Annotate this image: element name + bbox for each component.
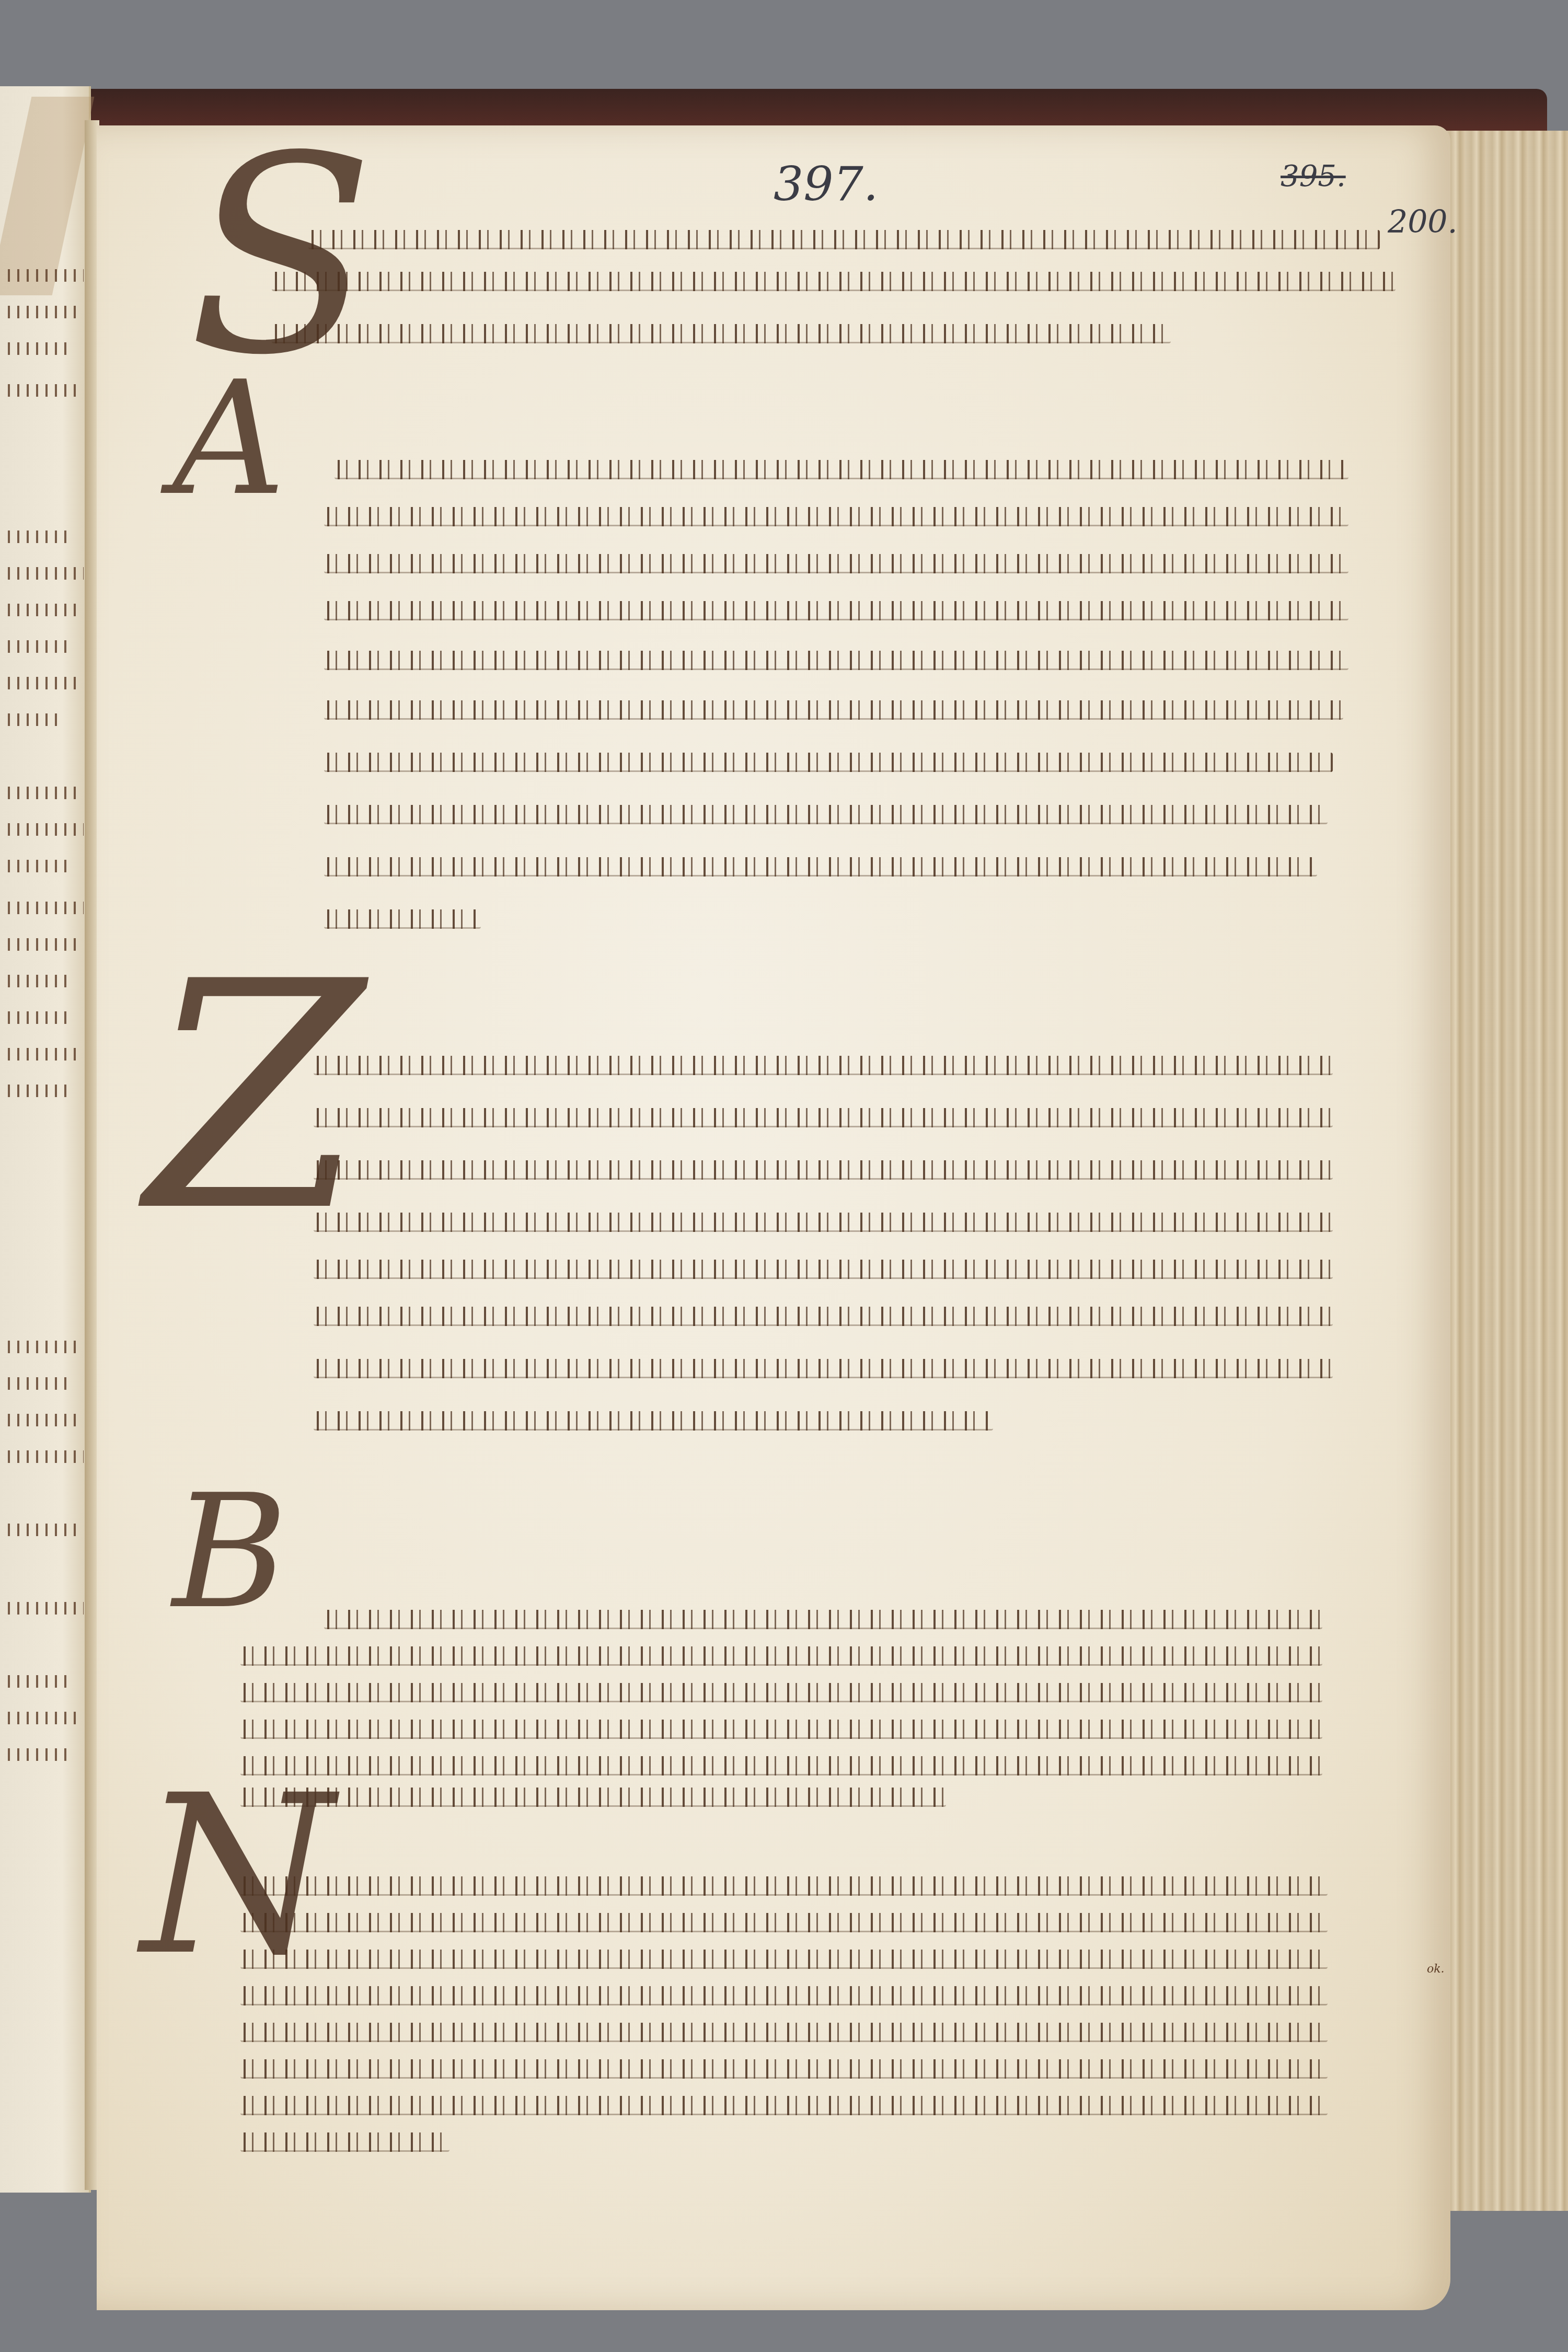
old-folio-number: 395. bbox=[1281, 159, 1346, 193]
decorated-initial: Z bbox=[146, 941, 364, 1254]
handwritten-line bbox=[240, 1646, 1322, 1666]
handwritten-line bbox=[324, 700, 1343, 720]
left-page-line bbox=[5, 677, 78, 689]
modern-folio-number: 200. bbox=[1388, 204, 1458, 240]
handwritten-line bbox=[240, 1913, 1328, 1932]
handwritten-line bbox=[324, 601, 1348, 620]
handwritten-line bbox=[240, 1788, 946, 1807]
left-page-line bbox=[5, 342, 68, 355]
left-page-line bbox=[5, 269, 84, 282]
left-page-line bbox=[5, 640, 68, 653]
left-facing-page bbox=[0, 86, 91, 2193]
left-page-line bbox=[5, 1450, 84, 1463]
handwritten-line bbox=[324, 507, 1348, 526]
left-page-line bbox=[5, 604, 78, 616]
handwritten-line bbox=[324, 753, 1333, 772]
handwritten-line bbox=[308, 230, 1380, 249]
handwritten-line bbox=[314, 1260, 1333, 1279]
handwritten-line bbox=[314, 1411, 993, 1431]
handwritten-line bbox=[240, 2023, 1328, 2042]
left-page-line bbox=[5, 1675, 73, 1688]
left-page-line bbox=[5, 1712, 78, 1724]
handwritten-line bbox=[324, 805, 1328, 824]
left-page-line bbox=[5, 938, 78, 951]
handwritten-line bbox=[240, 2059, 1328, 2079]
handwritten-line bbox=[240, 1756, 1322, 1775]
handwritten-line bbox=[314, 1213, 1333, 1232]
left-page-line bbox=[5, 306, 78, 318]
handwritten-line bbox=[272, 324, 1171, 343]
handwritten-line bbox=[314, 1056, 1333, 1075]
handwritten-line bbox=[324, 554, 1348, 573]
left-page-line bbox=[5, 713, 63, 726]
fore-edge-note: ok. bbox=[1427, 1963, 1445, 1976]
decorated-initial: A bbox=[172, 361, 286, 517]
water-stain bbox=[0, 97, 94, 295]
handwritten-line bbox=[240, 1986, 1328, 2005]
handwritten-line bbox=[240, 1720, 1322, 1739]
left-page-line bbox=[5, 1377, 68, 1390]
handwritten-line bbox=[314, 1307, 1333, 1326]
handwritten-line bbox=[324, 1610, 1322, 1629]
left-page-line bbox=[5, 1341, 78, 1353]
handwritten-line bbox=[240, 1876, 1328, 1896]
left-page-line bbox=[5, 1048, 78, 1060]
handwritten-line bbox=[314, 1359, 1333, 1378]
left-page-line bbox=[5, 1524, 78, 1536]
handwritten-line bbox=[324, 857, 1317, 877]
handwritten-line bbox=[335, 460, 1348, 479]
page-fore-edge bbox=[1443, 131, 1568, 2211]
left-page-line bbox=[5, 1085, 73, 1097]
handwritten-line bbox=[324, 651, 1348, 670]
left-page-line bbox=[5, 1414, 78, 1426]
left-page-line bbox=[5, 1011, 68, 1024]
left-page-line bbox=[5, 531, 73, 543]
folio-number: 397. bbox=[774, 157, 878, 212]
left-page-line bbox=[5, 823, 84, 836]
left-page-line bbox=[5, 860, 73, 872]
left-page-line bbox=[5, 1748, 68, 1761]
handwritten-line bbox=[240, 2096, 1328, 2115]
left-page-line bbox=[5, 787, 78, 799]
handwritten-line bbox=[240, 1683, 1322, 1702]
handwritten-line bbox=[240, 1950, 1328, 1969]
handwritten-line bbox=[314, 1160, 1333, 1180]
left-page-line bbox=[5, 567, 84, 580]
left-page-marginal-note bbox=[5, 1602, 84, 1615]
left-page-line bbox=[5, 902, 84, 914]
handwritten-line bbox=[240, 2132, 449, 2152]
handwritten-line bbox=[314, 1108, 1333, 1127]
left-page-line bbox=[5, 384, 78, 397]
left-page-line bbox=[5, 975, 73, 987]
handwritten-line bbox=[272, 272, 1396, 291]
decorated-initial: B bbox=[172, 1474, 287, 1631]
